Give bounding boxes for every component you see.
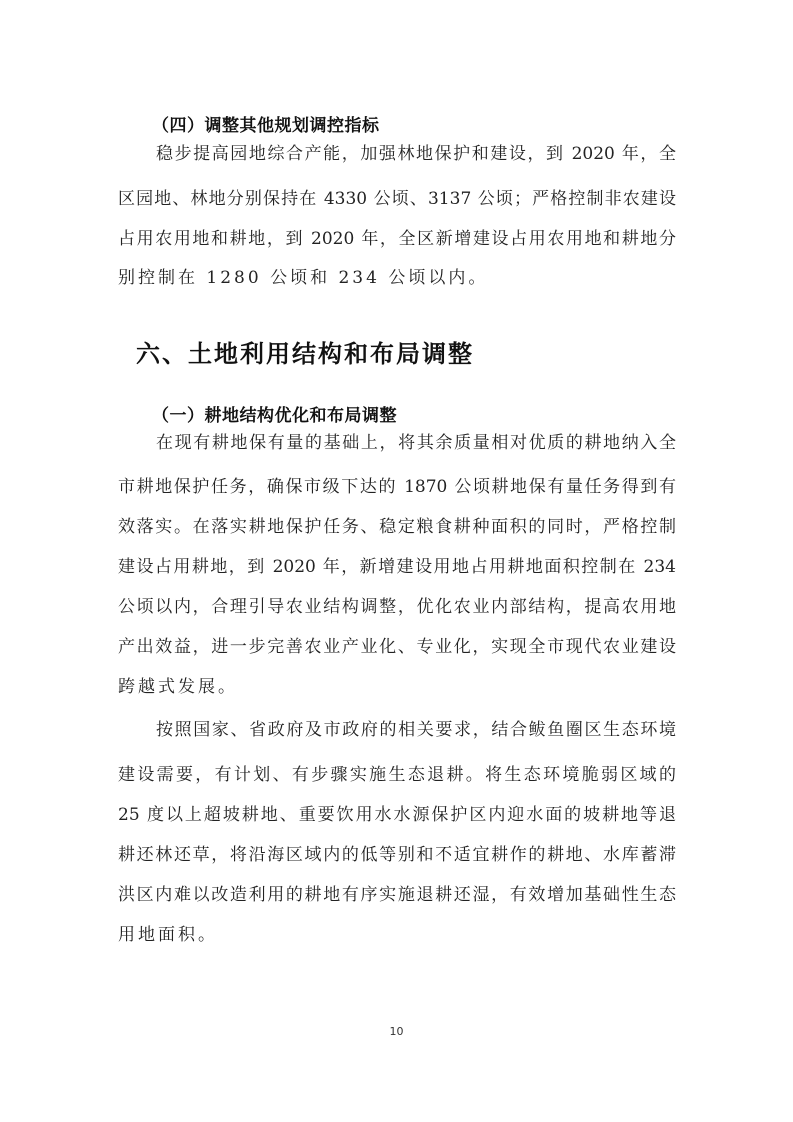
paragraph-line: 用地面积。 (118, 925, 676, 945)
paragraph-line: 稳步提高园地综合产能，加强林地保护和建设，到 2020 年，全 (156, 144, 676, 164)
paragraph-line: 25 度以上超坡耕地、重要饮用水水源保护区内迎水面的坡耕地等退 (118, 805, 676, 825)
document-page: （四）调整其他规划调控指标 稳步提高园地综合产能，加强林地保护和建设，到 202… (0, 0, 793, 1122)
chapter-heading-land-use-structure: 六、土地利用结构和布局调整 (136, 334, 474, 369)
paragraph-line: 洪区内难以改造利用的耕地有序实施退耕还湿，有效增加基础性生态 (118, 885, 676, 905)
page-number: 10 (0, 1025, 793, 1038)
paragraph-line: 跨越式发展。 (118, 677, 676, 697)
paragraph-line: 公顷以内，合理引导农业结构调整，优化农业内部结构，提高农用地 (118, 597, 676, 617)
section-heading-adjust-other-indicators: （四）调整其他规划调控指标 (152, 111, 380, 136)
paragraph-line: 按照国家、省政府及市政府的相关要求，结合鲅鱼圈区生态环境 (156, 720, 676, 740)
paragraph-line: 区园地、林地分别保持在 4330 公顷、3137 公顷；严格控制非农建设 (118, 189, 676, 209)
paragraph-line: 建设需要，有计划、有步骤实施生态退耕。将生态环境脆弱区域的 (118, 765, 676, 785)
paragraph-line: 在现有耕地保有量的基础上，将其余质量相对优质的耕地纳入全 (156, 433, 676, 453)
paragraph-line: 效落实。在落实耕地保护任务、稳定粮食耕种面积的同时，严格控制 (118, 517, 676, 537)
paragraph-line: 建设占用耕地，到 2020 年，新增建设用地占用耕地面积控制在 234 (118, 557, 676, 577)
paragraph-line: 耕还林还草，将沿海区域内的低等别和不适宜耕作的耕地、水库蓄滞 (118, 845, 676, 865)
paragraph-line: 别控制在 1280 公顷和 234 公顷以内。 (118, 268, 676, 288)
paragraph-line: 市耕地保护任务，确保市级下达的 1870 公顷耕地保有量任务得到有 (118, 477, 676, 497)
paragraph-line: 占用农用地和耕地，到 2020 年，全区新增建设占用农用地和耕地分 (118, 229, 676, 249)
section-heading-cultivated-land-optimization: （一）耕地结构优化和布局调整 (152, 401, 397, 426)
paragraph-line: 产出效益，进一步完善农业产业化、专业化，实现全市现代农业建设 (118, 637, 676, 657)
